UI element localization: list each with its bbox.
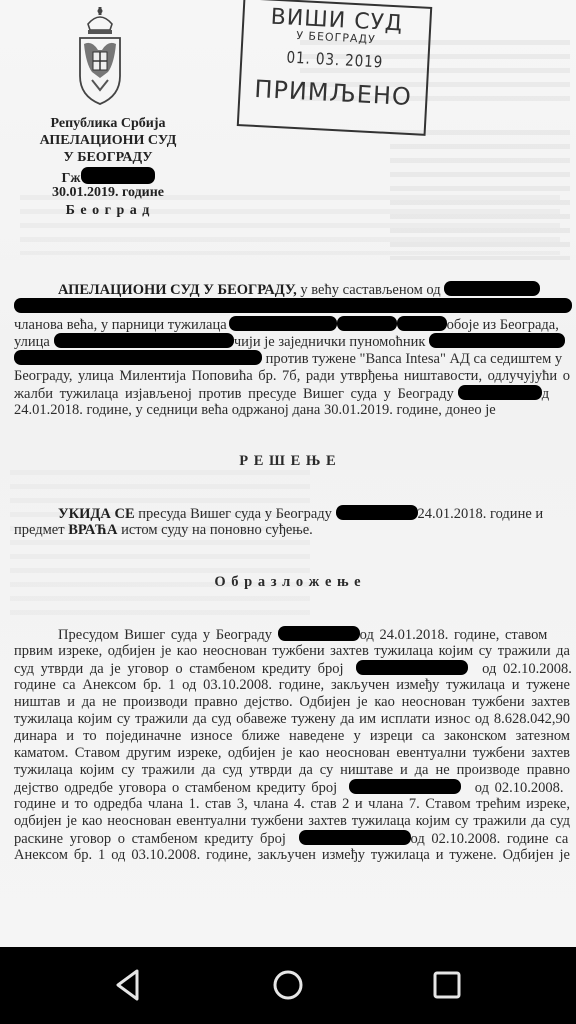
header-court: АПЕЛАЦИОНИ СУД	[20, 133, 196, 149]
home-button[interactable]	[266, 963, 310, 1007]
redaction	[336, 505, 418, 520]
reasoning-line: раскине уговор о стамбеном кредиту број …	[14, 830, 570, 848]
coat-of-arms-icon	[74, 6, 126, 106]
back-icon	[113, 968, 143, 1002]
intro-line: жалби тужилаца изјављеној против пресуде…	[14, 385, 570, 403]
header-case-number: Гж	[20, 167, 196, 187]
received-stamp: ВИШИ СУД У БЕОГРАДУ 01. 03. 2019 ПРИМЉЕН…	[237, 0, 432, 136]
reasoning-line: тужилаца којим су тражили да суд утврди …	[14, 762, 570, 779]
intro-line: Београду, улица Милентија Поповића бр. 7…	[14, 368, 570, 385]
redaction	[458, 385, 542, 400]
reasoning-line: динара и то појединачне износе ближе нав…	[14, 728, 570, 745]
show-through-text	[10, 470, 310, 620]
redaction	[429, 333, 565, 348]
document-page: Република Србија АПЕЛАЦИОНИ СУД У БЕОГРА…	[0, 0, 576, 947]
reasoning-line: ништав и да не производи правно дејство.…	[14, 694, 570, 711]
redaction	[337, 316, 397, 331]
intro-line: 24.01.2018. године, у седници већа одржа…	[14, 402, 570, 419]
stamp-date: 01. 03. 2019	[256, 46, 414, 73]
decision-title: Р Е Ш Е Њ Е	[0, 453, 576, 470]
redaction	[278, 626, 360, 641]
redaction	[444, 281, 540, 296]
intro-line: против тужене "Banca Intesa" АД са седиш…	[14, 350, 570, 368]
decision-line: УКИДА СЕ пресуда Вишег суда у Београду 2…	[14, 505, 570, 523]
redaction	[349, 779, 461, 794]
reasoning-line: одбијен је као неоснован евентуални тужб…	[14, 813, 570, 830]
home-icon	[272, 969, 304, 1001]
redaction	[14, 298, 572, 313]
reasoning-line: каматом. Ставом другим изреке, одбијен ј…	[14, 745, 570, 762]
redaction	[81, 167, 155, 184]
header-city: У БЕОГРАДУ	[20, 150, 196, 166]
stamp-status: ПРИМЉЕНО	[240, 74, 426, 112]
intro-line	[14, 298, 570, 316]
redaction	[299, 830, 411, 845]
reasoning-line: Пресудом Вишег суда у Београду од 24.01.…	[14, 626, 570, 644]
recents-button[interactable]	[425, 963, 469, 1007]
case-prefix: Гж	[61, 171, 80, 186]
redaction	[397, 316, 447, 331]
intro-line: АПЕЛАЦИОНИ СУД У БЕОГРАДУ, у већу састав…	[14, 281, 570, 299]
header-country: Република Србија	[20, 116, 196, 132]
intro-line: улицачији је заједнички пуномоћник	[14, 333, 570, 351]
redaction	[356, 660, 468, 675]
decision-line: предмет ВРАЋА истом суду на поновно суђе…	[14, 522, 570, 539]
reasoning-line: дејство одредбе уговора о стамбеном кред…	[14, 779, 570, 797]
back-button[interactable]	[106, 963, 150, 1007]
reasoning-line: првим изреке, одбијен је као неоснован т…	[14, 643, 570, 660]
header-date: 30.01.2019. године	[20, 185, 196, 201]
reasoning-line: године са Анексом бр. 1 од 03.10.2008. г…	[14, 677, 570, 694]
recents-icon	[432, 970, 462, 1000]
redaction	[14, 350, 262, 365]
reasoning-line: Анексом бр. 1 од 03.10.2008. године, зак…	[14, 847, 570, 864]
redaction	[229, 316, 337, 331]
reasoning-line: тужилаца којим су тражили да суд обавеже…	[14, 711, 570, 728]
reasoning-line: године и то одредба члана 1. став 3, чла…	[14, 796, 570, 813]
intro-line: чланова већа, у парници тужилацаобоје из…	[14, 316, 570, 334]
navigation-bar	[0, 947, 576, 1024]
header-place: Б е о г р а д	[20, 203, 196, 219]
reasoning-line: суд утврди да је уговор о стамбеном кред…	[14, 660, 570, 678]
redaction	[54, 333, 234, 348]
reasoning-title: О б р а з л о ж е њ е	[0, 574, 576, 591]
